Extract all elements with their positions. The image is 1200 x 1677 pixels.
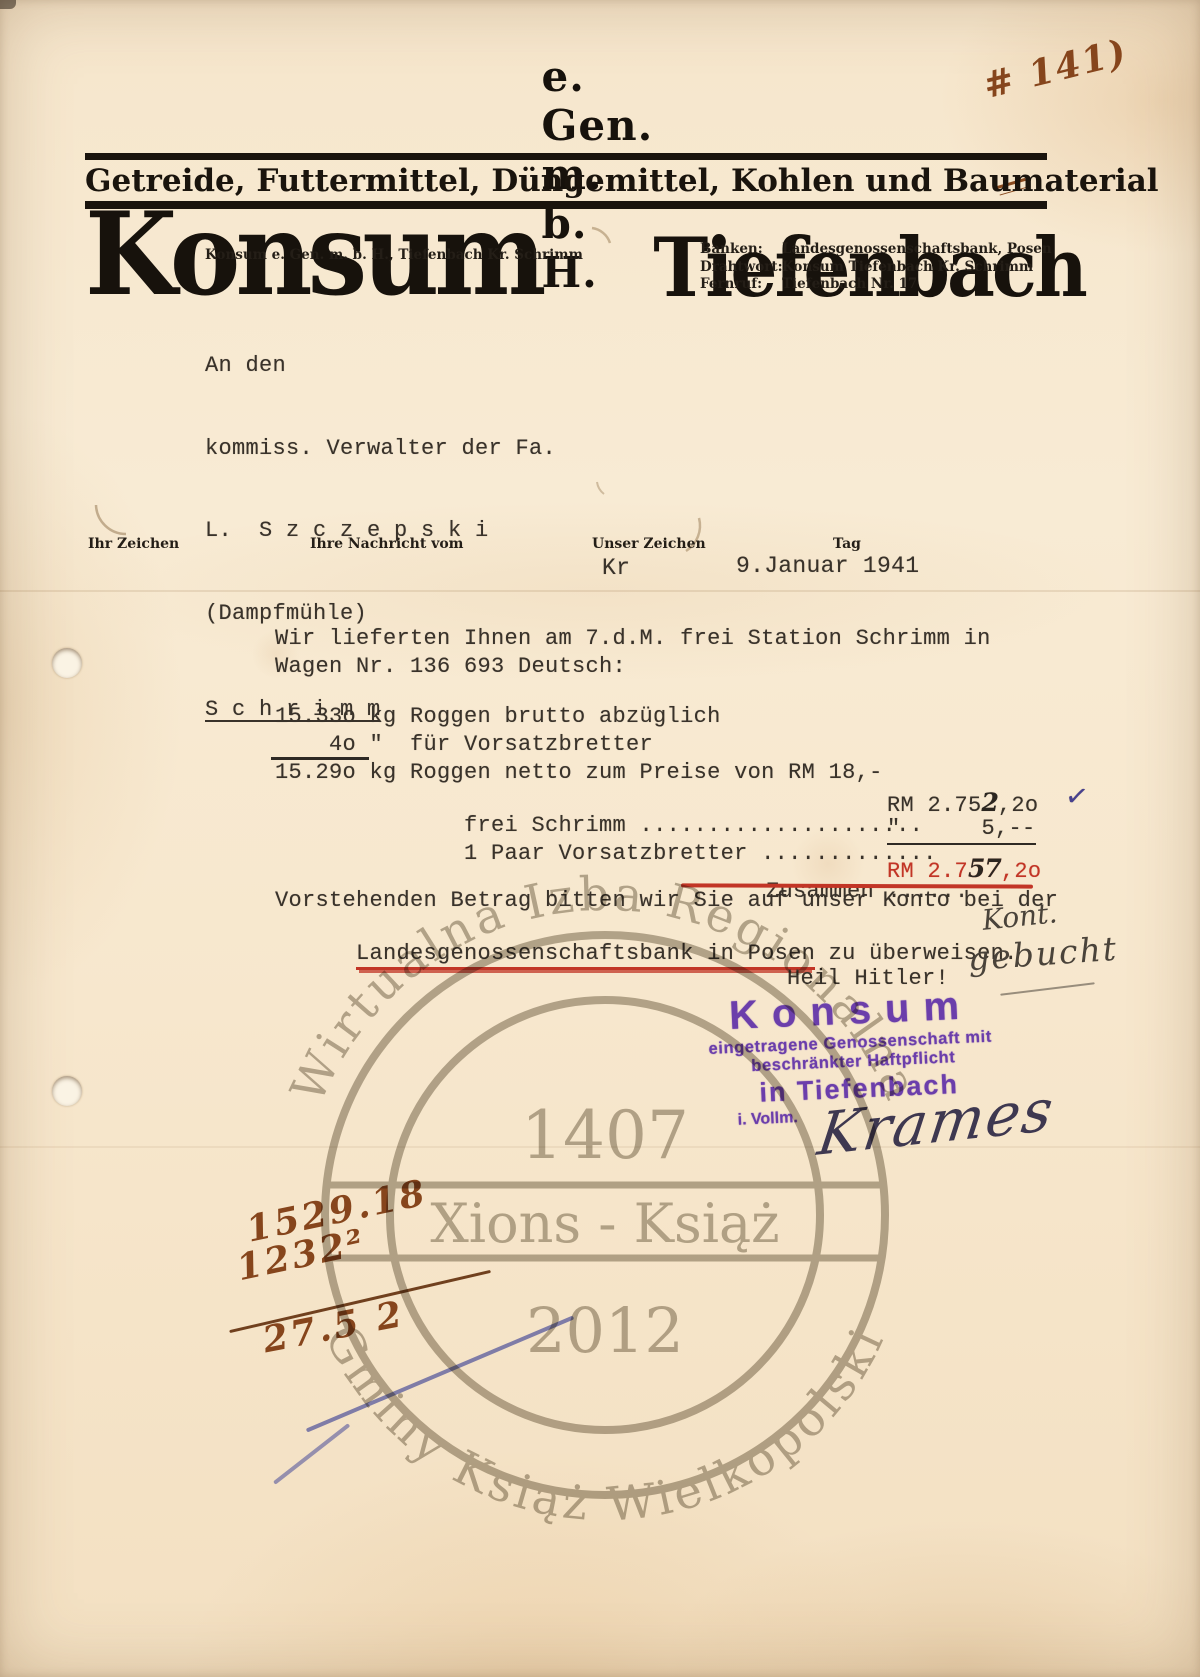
punch-hole	[52, 1076, 82, 1106]
bank-name-underlined: Landesgenossenschaftsbank in Posen	[356, 941, 815, 970]
unser-zeichen-label: Unser Zeichen	[592, 536, 706, 552]
blue-pencil-stroke	[273, 1423, 350, 1484]
tag-value: 9.Januar 1941	[736, 553, 919, 579]
amount-typed: RM 2.7	[887, 859, 968, 884]
punch-hole	[52, 648, 82, 678]
ihr-zeichen-label: Ihr Zeichen	[88, 536, 179, 552]
calculation-note: 27.5 2	[259, 1293, 408, 1362]
recipient-line: (Dampfmühle)	[205, 600, 556, 628]
item-line: 15.33o kg Roggen brutto abzüglich	[275, 704, 721, 729]
amount-typed: ,2o	[1001, 859, 1042, 884]
body-line: Wagen Nr. 136 693 Deutsch:	[275, 654, 626, 679]
body-line: Vorstehenden Betrag bitten wir Sie auf u…	[275, 888, 1058, 913]
item-line: 15.29o kg Roggen netto zum Preise von RM…	[275, 760, 883, 785]
seal-year-bottom: 2012	[526, 1294, 684, 1367]
amount-typed: ,2o	[998, 793, 1039, 818]
tag-label: Tag	[833, 536, 861, 552]
ihre-nachricht-label: Ihre Nachricht vom	[310, 536, 463, 552]
seal-year-top: 1407	[521, 1097, 689, 1174]
seal-band-text: Xions - Książ	[430, 1192, 779, 1255]
item-line: 4o " für Vorsatzbretter	[275, 732, 653, 757]
seal-arc-bottom-text: Gminy Książ Wielkopolski	[313, 1316, 896, 1533]
amount-value: RM 2.752,2o	[887, 788, 1038, 818]
handwritten-digits: 57	[968, 854, 1001, 883]
total-amount: RM 2.757,2o	[887, 854, 1041, 884]
body-line: Wir lieferten Ihnen am 7.d.M. frei Stati…	[275, 626, 991, 651]
checkmark-annotation: ✓	[1064, 775, 1089, 817]
amount-typed: RM 2.75	[887, 793, 982, 818]
amount-value: " 5,--	[887, 816, 1036, 845]
handwritten-digit: 2	[982, 788, 998, 817]
fold-marks	[0, 0, 1200, 600]
letter-document: # 141) Konsum e. Gen. m. b. H. Tiefenbac…	[0, 0, 1200, 1677]
unser-zeichen-value: Kr	[602, 555, 630, 581]
